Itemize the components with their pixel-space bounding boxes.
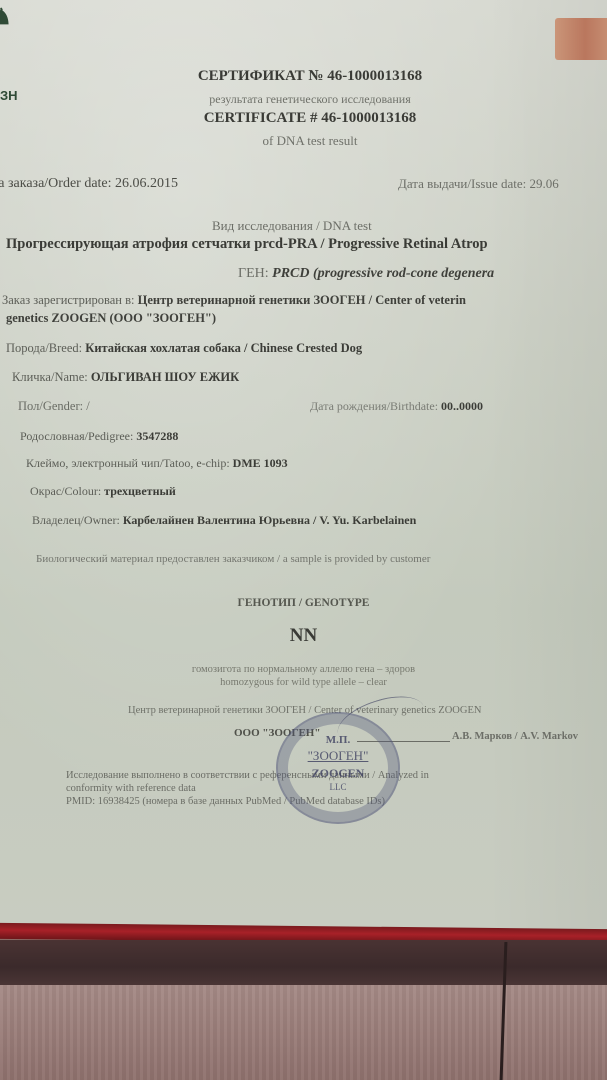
- gender-field: Пол/Gender: /: [18, 399, 90, 414]
- certificate-paper: ♞ ЗН СЕРТИФИКАТ № 46-1000013168 результа…: [0, 0, 607, 935]
- dna-test-label: Вид исследования / DNA test: [212, 218, 372, 234]
- order-date: та заказа/Order date: 26.06.2015: [0, 176, 178, 192]
- pedigree-value: 3547288: [136, 429, 178, 443]
- registered-line: Заказ зарегистрирован в: Центр ветеринар…: [2, 293, 466, 308]
- registered-value: Центр ветеринарной генетики ЗООГЕН / Cen…: [138, 293, 466, 307]
- chip-value: DME 1093: [233, 456, 288, 470]
- logo-dog-icon: ♞: [0, 4, 12, 34]
- center-line: Центр ветеринарной генетики ЗООГЕН / Cen…: [128, 705, 481, 716]
- logo-text-fragment: ЗН: [0, 88, 18, 103]
- subtitle-en: of DNA test result: [150, 133, 470, 149]
- chip-field: Клеймо, электронный чип/Tatoo, e-chip: D…: [26, 456, 288, 471]
- test-name: Прогрессирующая атрофия сетчатки prcd-PR…: [6, 236, 488, 253]
- partner-logo: [555, 18, 607, 60]
- birthdate-value: 00..0000: [441, 399, 483, 413]
- registered-line-2: genetics ZOOGEN (ООО "ЗООГЕН"): [6, 311, 216, 326]
- genotype-label: ГЕНОТИП / GENOTYPE: [0, 597, 607, 609]
- dark-shelf: [0, 940, 607, 985]
- biomaterial-note: Биологический материал предоставлен зака…: [36, 553, 430, 565]
- name-field: Кличка/Name: ОЛЬГИВАН ШОУ ЕЖИК: [12, 370, 239, 385]
- title-en: CERTIFICATE # 46-1000013168: [150, 110, 470, 127]
- genotype-value: NN: [0, 625, 607, 647]
- pedigree-field: Родословная/Pedigree: 3547288: [20, 429, 178, 444]
- colour-field: Окрас/Colour: трехцветный: [30, 484, 176, 499]
- gene-line: ГЕН: PRCD (progressive rod-cone degenera: [238, 266, 494, 282]
- wood-panel: [0, 985, 607, 1080]
- issue-date: Дата выдачи/Issue date: 29.06: [398, 176, 559, 192]
- breed-value: Китайская хохлатая собака / Chinese Cres…: [85, 341, 362, 355]
- title-ru: СЕРТИФИКАТ № 46-1000013168: [150, 68, 470, 85]
- name-value: ОЛЬГИВАН ШОУ ЕЖИК: [91, 370, 239, 384]
- signer-name: А.В. Марков / A.V. Markov: [452, 731, 578, 742]
- breed-field: Порода/Breed: Китайская хохлатая собака …: [6, 341, 362, 356]
- owner-field: Владелец/Owner: Карбелайнен Валентина Юр…: [32, 513, 416, 528]
- colour-value: трехцветный: [104, 484, 176, 498]
- genotype-desc-ru: гомозигота по нормальному аллелю гена – …: [0, 664, 607, 675]
- owner-value: Карбелайнен Валентина Юрьевна / V. Yu. K…: [123, 513, 417, 527]
- conformity-line-2: conformity with reference data: [66, 783, 196, 794]
- birthdate-field: Дата рождения/Birthdate: 00..0000: [310, 399, 483, 414]
- subtitle-ru: результата генетического исследования: [150, 92, 470, 107]
- genotype-desc-en: homozygous for wild type allele – clear: [0, 677, 607, 688]
- gene-value: PRCD (progressive rod-cone degenera: [272, 266, 494, 281]
